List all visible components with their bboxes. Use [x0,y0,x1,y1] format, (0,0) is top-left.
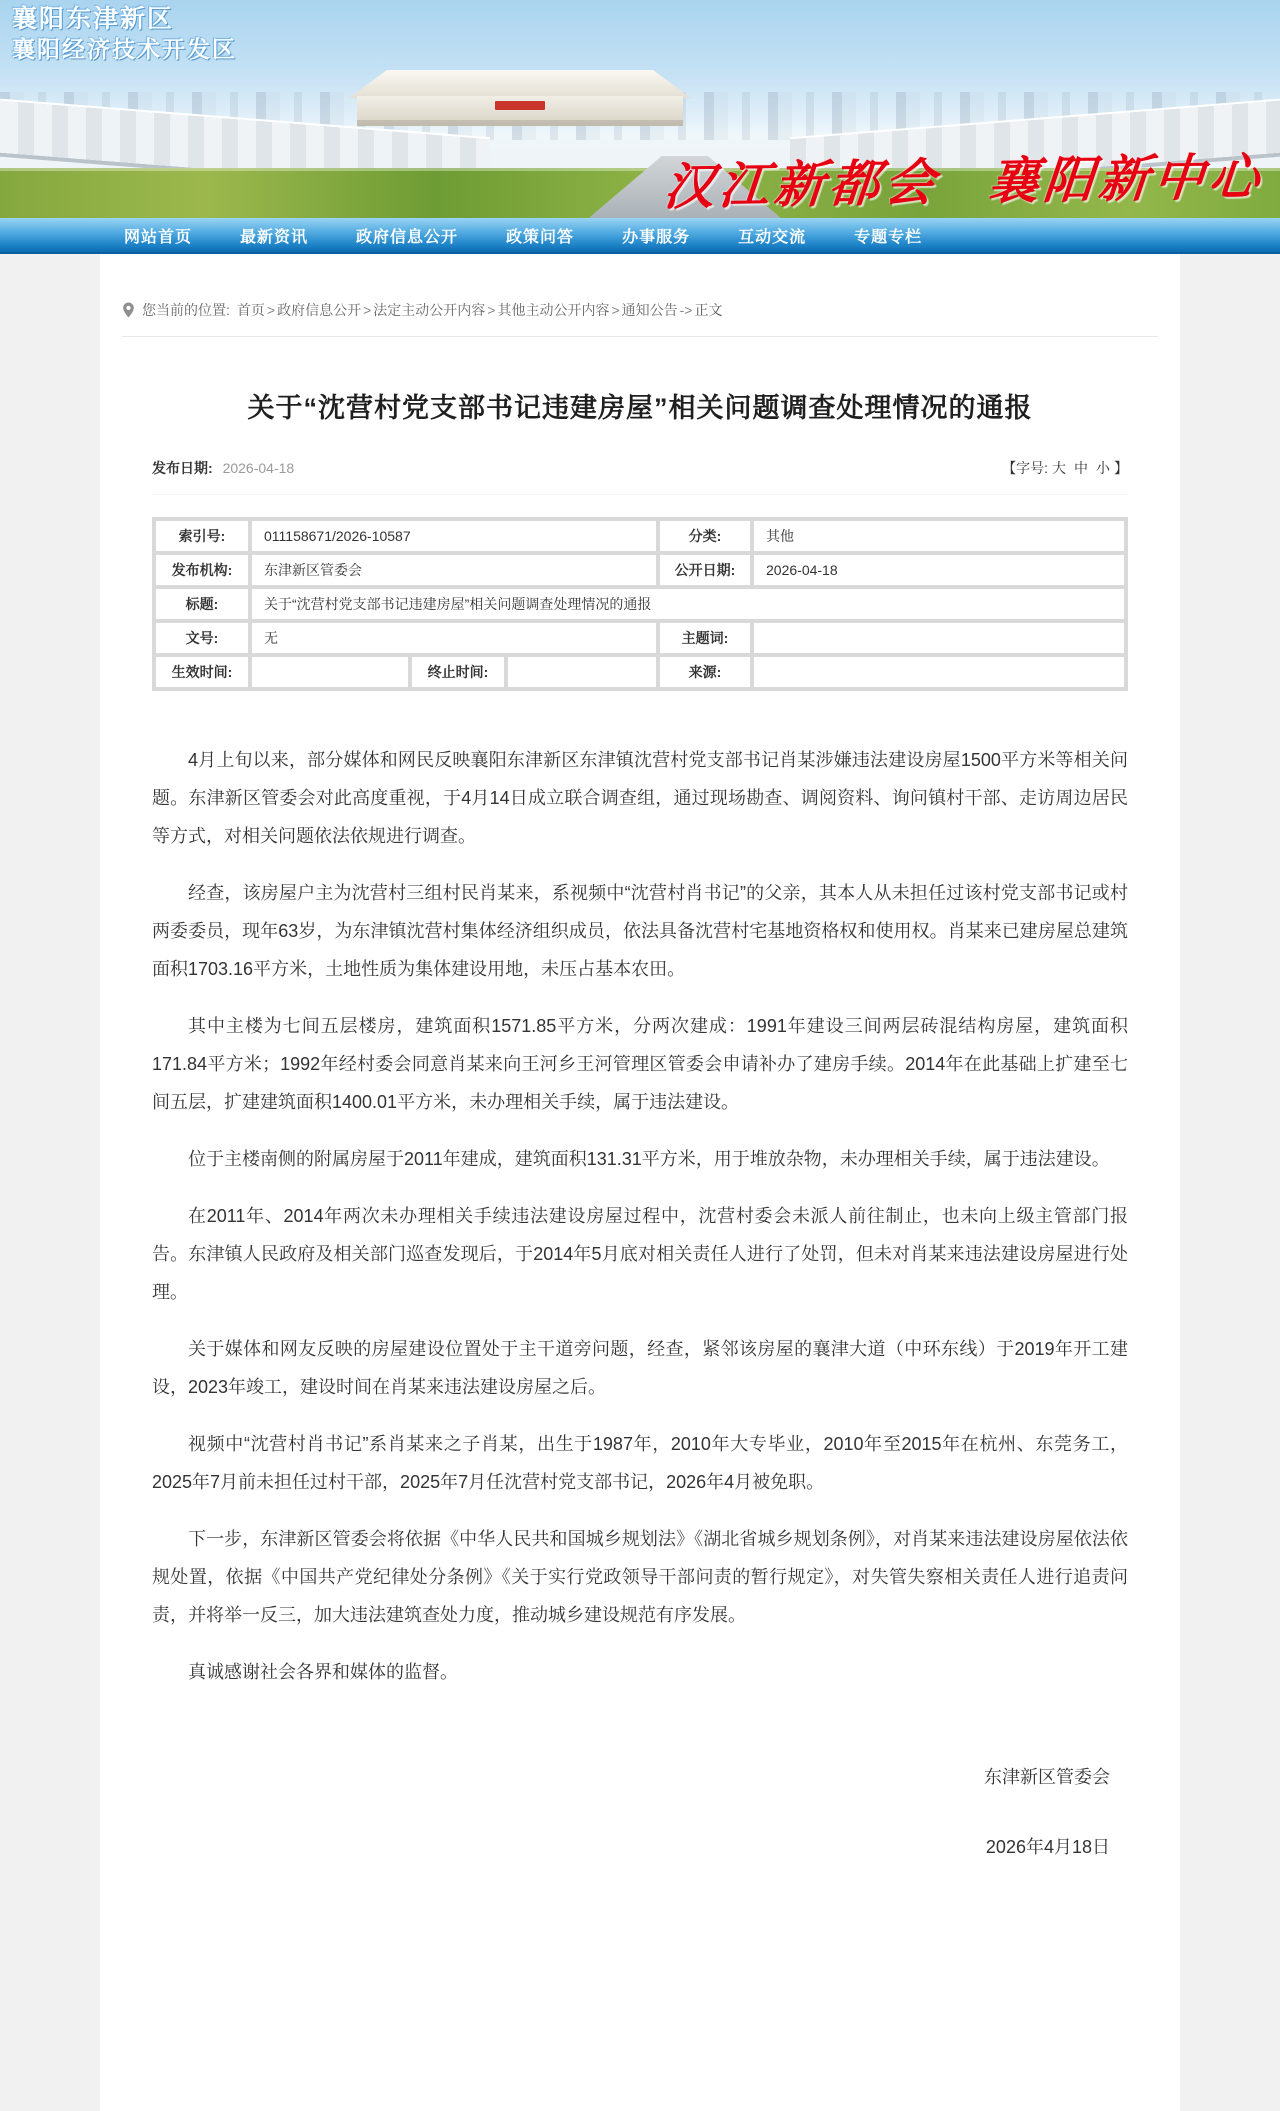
article-title: 关于“沈营村党支部书记违建房屋”相关问题调查处理情况的通报 [152,391,1128,426]
publish-date-value: 2026-04-18 [223,460,295,476]
document-meta-table: 索引号:011158671/2026-10587分类:其他发布机构:东津新区管委… [152,517,1128,691]
breadcrumb-separator: > [267,302,275,318]
banner-slogan: 汉江新都会 襄阳新中心 [661,137,1267,218]
breadcrumb-prefix: 您当前的位置: [142,300,230,320]
breadcrumb-separator: > [363,302,371,318]
breadcrumb-link[interactable]: 首页 [237,302,265,318]
font-size-option[interactable]: 小 [1096,460,1110,476]
site-logo: 襄阳东津新区 襄阳经济技术开发区 [12,4,237,64]
meta-field-value: 关于“沈营村党支部书记违建房屋”相关问题调查处理情况的通报 [252,589,1124,619]
main-nav: 网站首页最新资讯政府信息公开政策问答办事服务互动交流专题专栏 [0,218,1280,254]
banner-station-building [330,70,710,134]
breadcrumb-link[interactable]: 法定主动公开内容 [373,302,485,318]
breadcrumb-link[interactable]: 政府信息公开 [277,302,361,318]
meta-field-label: 文号: [156,623,248,653]
article-meta-row: 发布日期: 2026-04-18 【字号:大中小】 [152,458,1128,495]
banner-slogan-part1: 汉江新都会 [662,154,942,215]
font-size-prefix: 【字号: [1002,460,1048,476]
meta-field-value [508,657,656,687]
meta-table-row: 发布机构:东津新区管委会公开日期:2026-04-18 [156,555,1124,585]
breadcrumb-separator: > [487,302,495,318]
meta-field-value [252,657,408,687]
meta-field-label: 公开日期: [660,555,750,585]
meta-field-value: 011158671/2026-10587 [252,521,656,551]
site-name-line1: 襄阳东津新区 [12,4,237,35]
meta-field-label: 来源: [660,657,750,687]
font-size-widget: 【字号:大中小】 [1002,458,1128,478]
meta-field-label: 发布机构: [156,555,248,585]
breadcrumb-current: 正文 [694,302,722,318]
meta-field-value [754,623,1124,653]
nav-item-news[interactable]: 最新资讯 [216,224,332,247]
article-paragraph: 经查，该房屋户主为沈营村三组村民肖某来，系视频中“沈营村肖书记”的父亲，其本人从… [152,874,1128,988]
breadcrumb-link[interactable]: 通知公告 [622,302,678,318]
meta-field-label: 分类: [660,521,750,551]
breadcrumb-separator: -> [680,302,693,318]
signature-org: 东津新区管委会 [152,1763,1128,1789]
meta-table-row: 标题:关于“沈营村党支部书记违建房屋”相关问题调查处理情况的通报 [156,589,1124,619]
meta-field-label: 生效时间: [156,657,248,687]
font-size-option[interactable]: 大 [1052,460,1066,476]
article-paragraph: 位于主楼南侧的附属房屋于2011年建成，建筑面积131.31平方米，用于堆放杂物… [152,1140,1128,1178]
nav-item-gov-info[interactable]: 政府信息公开 [332,224,482,247]
meta-table-row: 索引号:011158671/2026-10587分类:其他 [156,521,1124,551]
banner-slogan-part2: 襄阳新中心 [986,149,1266,210]
meta-field-value [754,657,1124,687]
meta-field-value: 无 [252,623,656,653]
page-body: 您当前的位置: 首页>政府信息公开>法定主动公开内容>其他主动公开内容>通知公告… [0,254,1280,2111]
meta-field-label: 终止时间: [412,657,504,687]
article-paragraph: 在2011年、2014年两次未办理相关手续违法建设房屋过程中，沈营村委会未派人前… [152,1197,1128,1311]
publish-date-label: 发布日期: [152,460,213,476]
meta-field-label: 标题: [156,589,248,619]
meta-field-value: 东津新区管委会 [252,555,656,585]
font-size-option[interactable]: 中 [1074,460,1088,476]
nav-item-topics[interactable]: 专题专栏 [830,224,946,247]
article-paragraph: 4月上旬以来，部分媒体和网民反映襄阳东津新区东津镇沈营村党支部书记肖某涉嫌违法建… [152,741,1128,855]
location-pin-icon [122,302,135,318]
breadcrumb-link[interactable]: 其他主动公开内容 [497,302,609,318]
font-size-suffix: 】 [1114,460,1128,476]
publish-date: 发布日期: 2026-04-18 [152,458,294,478]
meta-field-label: 索引号: [156,521,248,551]
site-name-line2: 襄阳经济技术开发区 [12,35,237,64]
nav-item-home[interactable]: 网站首页 [100,224,216,247]
breadcrumb-separator: > [611,302,619,318]
meta-field-value: 其他 [754,521,1124,551]
station-roof [330,70,710,98]
signature-date: 2026年4月18日 [152,1833,1128,1859]
article-paragraph: 视频中“沈营村肖书记”系肖某来之子肖某，出生于1987年，2010年大专毕业，2… [152,1425,1128,1501]
article-paragraph: 其中主楼为七间五层楼房，建筑面积1571.85平方米，分两次建成：1991年建设… [152,1007,1128,1121]
breadcrumb: 您当前的位置: 首页>政府信息公开>法定主动公开内容>其他主动公开内容>通知公告… [122,254,1158,337]
article-paragraph: 真诚感谢社会各界和媒体的监督。 [152,1653,1128,1691]
meta-field-label: 主题词: [660,623,750,653]
article-paragraph: 下一步，东津新区管委会将依据《中华人民共和国城乡规划法》《湖北省城乡规划条例》，… [152,1520,1128,1634]
meta-table-row: 文号:无主题词: [156,623,1124,653]
article-paragraph: 关于媒体和网友反映的房屋建设位置处于主干道旁问题，经查，紧邻该房屋的襄津大道（中… [152,1330,1128,1406]
nav-item-interaction[interactable]: 互动交流 [714,224,830,247]
meta-table-row: 生效时间:终止时间:来源: [156,657,1124,687]
station-sign [495,101,544,110]
content-panel: 您当前的位置: 首页>政府信息公开>法定主动公开内容>其他主动公开内容>通知公告… [100,254,1180,2111]
meta-field-value: 2026-04-18 [754,555,1124,585]
breadcrumb-trail: 首页>政府信息公开>法定主动公开内容>其他主动公开内容>通知公告->正文 [237,300,723,320]
nav-item-services[interactable]: 办事服务 [598,224,714,247]
article-body: 4月上旬以来，部分媒体和网民反映襄阳东津新区东津镇沈营村党支部书记肖某涉嫌违法建… [152,741,1128,1691]
nav-item-policy-qa[interactable]: 政策问答 [482,224,598,247]
banner-photo: 襄阳东津新区 襄阳经济技术开发区 汉江新都会 襄阳新中心 [0,0,1280,218]
